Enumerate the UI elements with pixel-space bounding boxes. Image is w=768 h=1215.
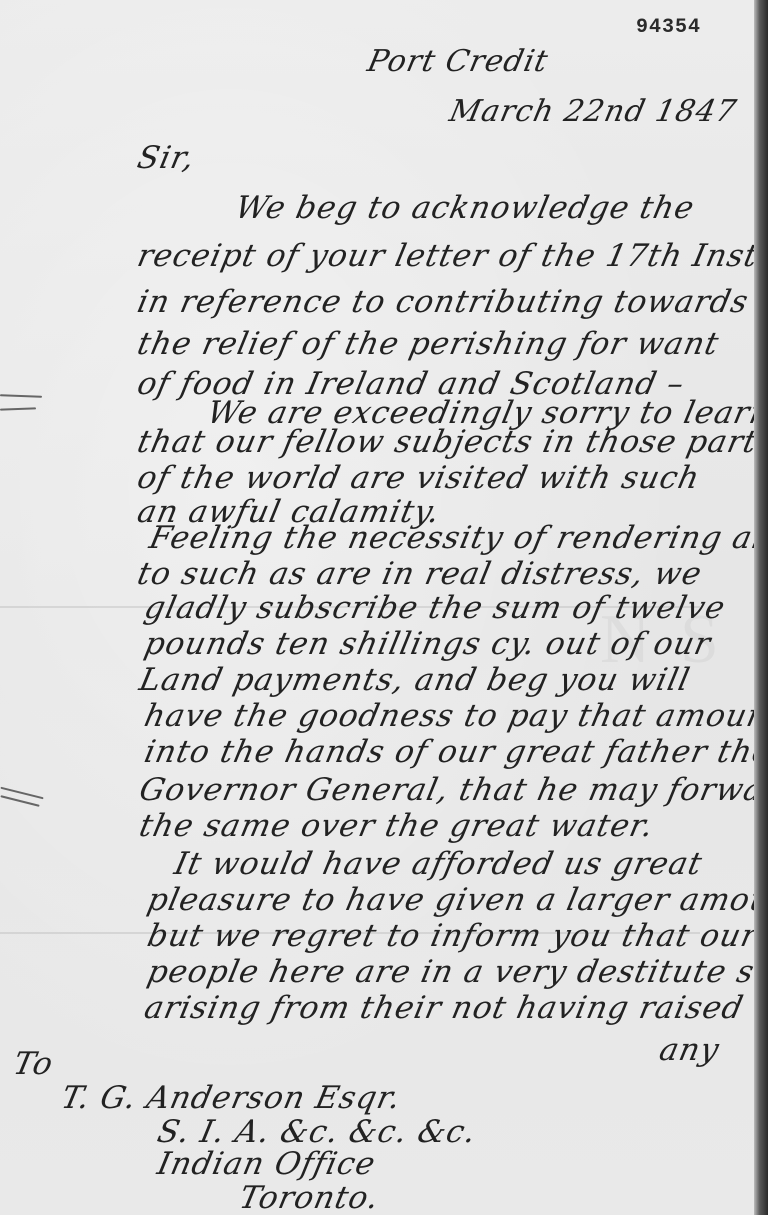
- archive-stamp-number: 94354: [636, 16, 701, 39]
- body-line: It would have afforded us great: [171, 846, 706, 882]
- body-line: in reference to contributing towards: [134, 284, 752, 320]
- body-line: the relief of the perishing for want: [134, 326, 722, 362]
- body-line: pounds ten shillings cy. out of our: [141, 626, 714, 662]
- body-line: into the hands of our great father the: [141, 734, 768, 770]
- body-line: gladly subscribe the sum of twelve: [141, 590, 729, 626]
- body-line: We beg to acknowledge the: [232, 190, 698, 226]
- body-line: of the world are visited with such: [134, 460, 703, 496]
- address-line: T. G. Anderson Esqr.: [58, 1080, 404, 1116]
- body-line: receipt of your letter of the 17th Inst: [134, 238, 762, 274]
- address-line: Indian Office: [154, 1146, 379, 1182]
- body-line: people here are in a very destitute stat…: [144, 954, 768, 990]
- body-line: arising from their not having raised: [141, 990, 747, 1026]
- body-line: Feeling the necessity of rendering aid: [146, 520, 768, 556]
- catchword: any: [656, 1032, 723, 1068]
- place-line: Port Credit: [364, 44, 551, 79]
- address-line: S. I. A. &c. &c. &c.: [154, 1114, 480, 1150]
- body-line: Land payments, and beg you will: [136, 662, 693, 698]
- page-edge-shadow: [754, 0, 768, 1215]
- date-line: March 22nd 1847: [446, 94, 740, 129]
- body-line: to such as are in real distress, we: [134, 556, 705, 592]
- body-line: that our fellow subjects in those parts: [134, 424, 768, 460]
- address-to: To: [10, 1046, 57, 1082]
- address-line: Toronto.: [236, 1180, 382, 1215]
- body-line: have the goodness to pay that amount: [141, 698, 768, 734]
- margin-mark: [0, 407, 36, 410]
- salutation: Sir,: [134, 140, 198, 176]
- body-line: Governor General, that he may forward: [136, 772, 768, 808]
- body-line: but we regret to inform you that our: [144, 918, 761, 954]
- margin-mark: [0, 394, 42, 397]
- letter-page: N S 94354 Port Credit March 22nd 1847 Si…: [0, 0, 768, 1215]
- body-line: pleasure to have given a larger amount: [144, 882, 768, 918]
- body-line: the same over the great water.: [136, 808, 657, 844]
